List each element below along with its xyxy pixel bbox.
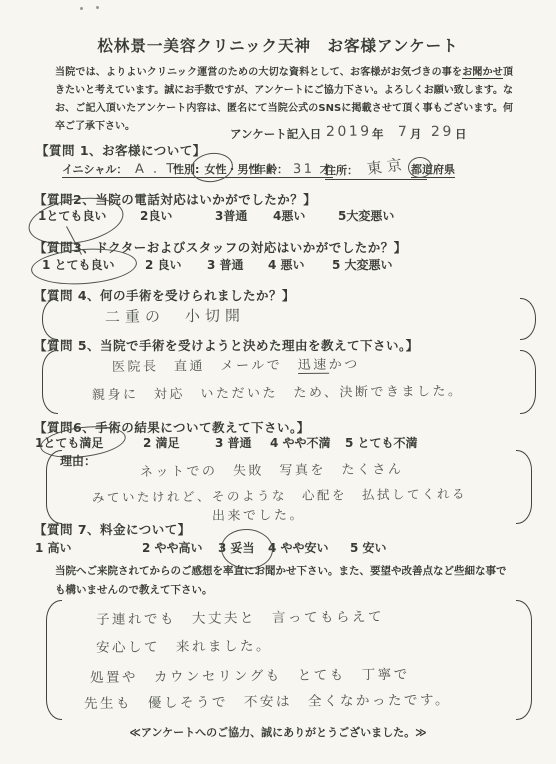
address-handwritten-value: 東京 bbox=[366, 153, 408, 179]
page-title: 松林景一美容クリニック天神 お客様アンケート bbox=[0, 34, 556, 56]
date-day-handwritten: 29 bbox=[431, 124, 454, 140]
q6-reason-box-right-paren bbox=[516, 450, 532, 524]
q3-option-3: 3 普通 bbox=[207, 256, 244, 273]
question1-fields-row: イニシャル： A . T 性別: 女性・男性 年齢： 31 才 住所： 東京 都… bbox=[0, 158, 556, 180]
q2-option-2: 2良い bbox=[140, 207, 172, 224]
q7-option-5: 5 安い bbox=[350, 539, 387, 556]
initial-label: イニシャル： bbox=[62, 163, 127, 176]
q6-handwritten-reason-line2: みていたけれど、そのような 心配を 払拭してくれる bbox=[92, 484, 467, 506]
thanks-line: ≪アンケートへのご協力、誠にありがとうございました。≫ bbox=[0, 724, 556, 740]
q5-handwritten-line2: 親身に 対応 いただいた ため、決断できました。 bbox=[92, 380, 464, 403]
q7-option-2: 2 やや高い bbox=[142, 539, 203, 556]
age-label: 年齢： bbox=[255, 163, 288, 176]
q2-option-4: 4悪い bbox=[273, 207, 305, 224]
scan-artifact-dot bbox=[80, 7, 83, 10]
question1-heading: 【質問 1、お客様について】 bbox=[36, 141, 206, 159]
age-handwritten-value: 31 bbox=[293, 162, 315, 177]
q6-handwritten-reason-line1: ネットでの 失敗 写真を たくさん bbox=[140, 458, 404, 480]
date-day-unit: 日 bbox=[455, 126, 467, 142]
q2-option-3: 3普通 bbox=[215, 207, 247, 224]
intro-underlined-phrase: お聞かせ bbox=[462, 67, 503, 79]
initial-handwritten-value: A . T bbox=[135, 162, 177, 177]
question5-heading: 【質問 5、当院で手術を受けようと決めた理由を教えて下さい。】 bbox=[34, 336, 419, 354]
q6-option-4: 4 やや不満 bbox=[270, 434, 331, 451]
comment-handwritten-line3: 処置や カウンセリングも とても 丁寧で bbox=[90, 663, 410, 686]
q4-answer-box-right-paren bbox=[520, 298, 536, 340]
q5-answer-box-right-paren bbox=[520, 350, 536, 414]
comment-box-left-paren bbox=[46, 600, 62, 720]
date-year-unit: 年 bbox=[372, 126, 384, 142]
q6-reason-label: 理由： bbox=[60, 452, 96, 469]
q7-option-4: 4 やや安い bbox=[268, 539, 329, 556]
q5-handwritten-line1: 医院長 直通 メールで 迅速かつ bbox=[112, 353, 360, 375]
date-month-handwritten: 7 bbox=[398, 124, 410, 140]
question7-heading: 【質問 7、料金について】 bbox=[34, 520, 191, 538]
q5-answer-box-left-paren bbox=[42, 350, 58, 414]
age-field: 年齢： 31 才 bbox=[255, 158, 333, 178]
comment-handwritten-line4: 先生も 優しそうで 不安は 全くなかったです。 bbox=[84, 688, 451, 712]
date-month-unit: 月 bbox=[410, 126, 422, 142]
q5-line1-underlined: 迅速 bbox=[298, 358, 329, 374]
q3-option-2: 2 良い bbox=[145, 256, 182, 273]
question7-options-row: 1 高い 2 やや高い 3 妥当 4 やや安い 5 安い bbox=[0, 539, 556, 557]
q6-option-5: 5 とても不満 bbox=[345, 434, 418, 451]
intro-part1: 当院では、よりよいクリニック運営のための大切な資料として、お客様がお気づきの事を bbox=[55, 67, 462, 78]
q6-option-2: 2 満足 bbox=[143, 434, 180, 451]
q3-option-4: 4 悪い bbox=[268, 256, 305, 273]
handwritten-circle-prefecture-to bbox=[408, 157, 432, 178]
closing-request-text: 当院へご来院されてからのご感想を率直にお聞かせ下さい。また、要望や改善点など些細… bbox=[55, 562, 515, 600]
q7-option-1: 1 高い bbox=[35, 539, 72, 556]
q4-handwritten-answer: 二重の 小切開 bbox=[105, 305, 245, 327]
q4-answer-box-left-paren bbox=[42, 298, 58, 340]
q3-option-5: 5 大変悪い bbox=[332, 256, 393, 273]
scanned-survey-page: 松林景一美容クリニック天神 お客様アンケート 当院では、よりよいクリニック運営の… bbox=[0, 0, 556, 764]
q6-handwritten-reason-line3: 出来でした。 bbox=[212, 504, 305, 524]
address-label: 住所： bbox=[325, 164, 358, 177]
date-year-handwritten: 2019 bbox=[326, 124, 372, 140]
question4-heading: 【質問 4、何の手術を受けられましたか？】 bbox=[34, 286, 295, 304]
q5-line1-post: かつ bbox=[329, 357, 360, 372]
comment-handwritten-line2: 安心して 来れました。 bbox=[96, 634, 272, 656]
comment-handwritten-line1: 子連れでも 大丈夫と 言ってもらえて bbox=[96, 605, 384, 628]
q5-line1-pre: 医院長 直通 メールで bbox=[112, 358, 298, 375]
scan-artifact-dot bbox=[96, 6, 99, 9]
q6-option-3: 3 普通 bbox=[215, 434, 252, 451]
initial-field: イニシャル： A . T bbox=[62, 158, 191, 178]
q2-option-5: 5大変悪い bbox=[338, 207, 394, 224]
date-label: アンケート記入日 bbox=[230, 126, 321, 142]
comment-box-right-paren bbox=[516, 600, 532, 720]
